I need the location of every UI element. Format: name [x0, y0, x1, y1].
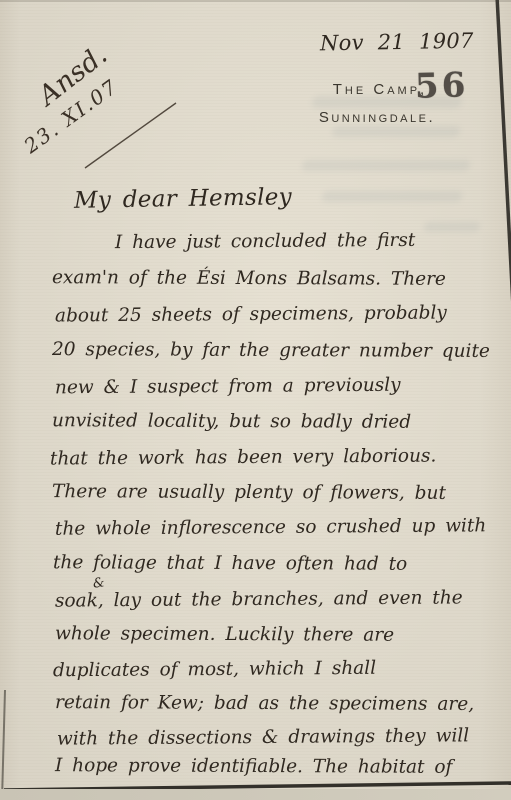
letter-line: with the dissections & drawings they wil…	[57, 725, 469, 749]
letter-line: new & I suspect from a previously	[55, 375, 401, 399]
letter-line: that the work has been very laborious.	[50, 445, 436, 469]
underlying-page-strip	[0, 789, 511, 800]
interlinear-insertion-mark: &	[92, 575, 106, 591]
letter-line: 20 species, by far the greater number qu…	[52, 339, 490, 362]
letter-body: I have just concluded the first exam'n o…	[0, 0, 511, 800]
letter-line: about 25 sheets of specimens, probably	[55, 302, 447, 326]
letter-line: soak, lay out the branches, and even the	[55, 587, 463, 611]
letter-line: retain for Kew; bad as the specimens are…	[55, 692, 474, 715]
letter-line: duplicates of most, which I shall	[53, 658, 376, 682]
letter-line: There are usually plenty of flowers, but	[52, 481, 446, 504]
letter-line: unvisited locality, but so badly dried	[52, 410, 411, 433]
letter-line: I hope prove identifiable. The habitat o…	[55, 755, 452, 778]
letter-photograph: Ansd. 23. XI.07 Nov 21 1907 The Camp, Su…	[0, 0, 511, 800]
letter-line: the foliage that I have often had to	[53, 552, 407, 575]
letter-line: I have just concluded the first	[115, 230, 415, 253]
letter-line: exam'n of the Ési Mons Balsams. There	[52, 267, 446, 290]
letter-line: the whole inflorescence so crushed up wi…	[55, 515, 486, 539]
letter-line: whole specimen. Luckily there are	[55, 623, 394, 645]
